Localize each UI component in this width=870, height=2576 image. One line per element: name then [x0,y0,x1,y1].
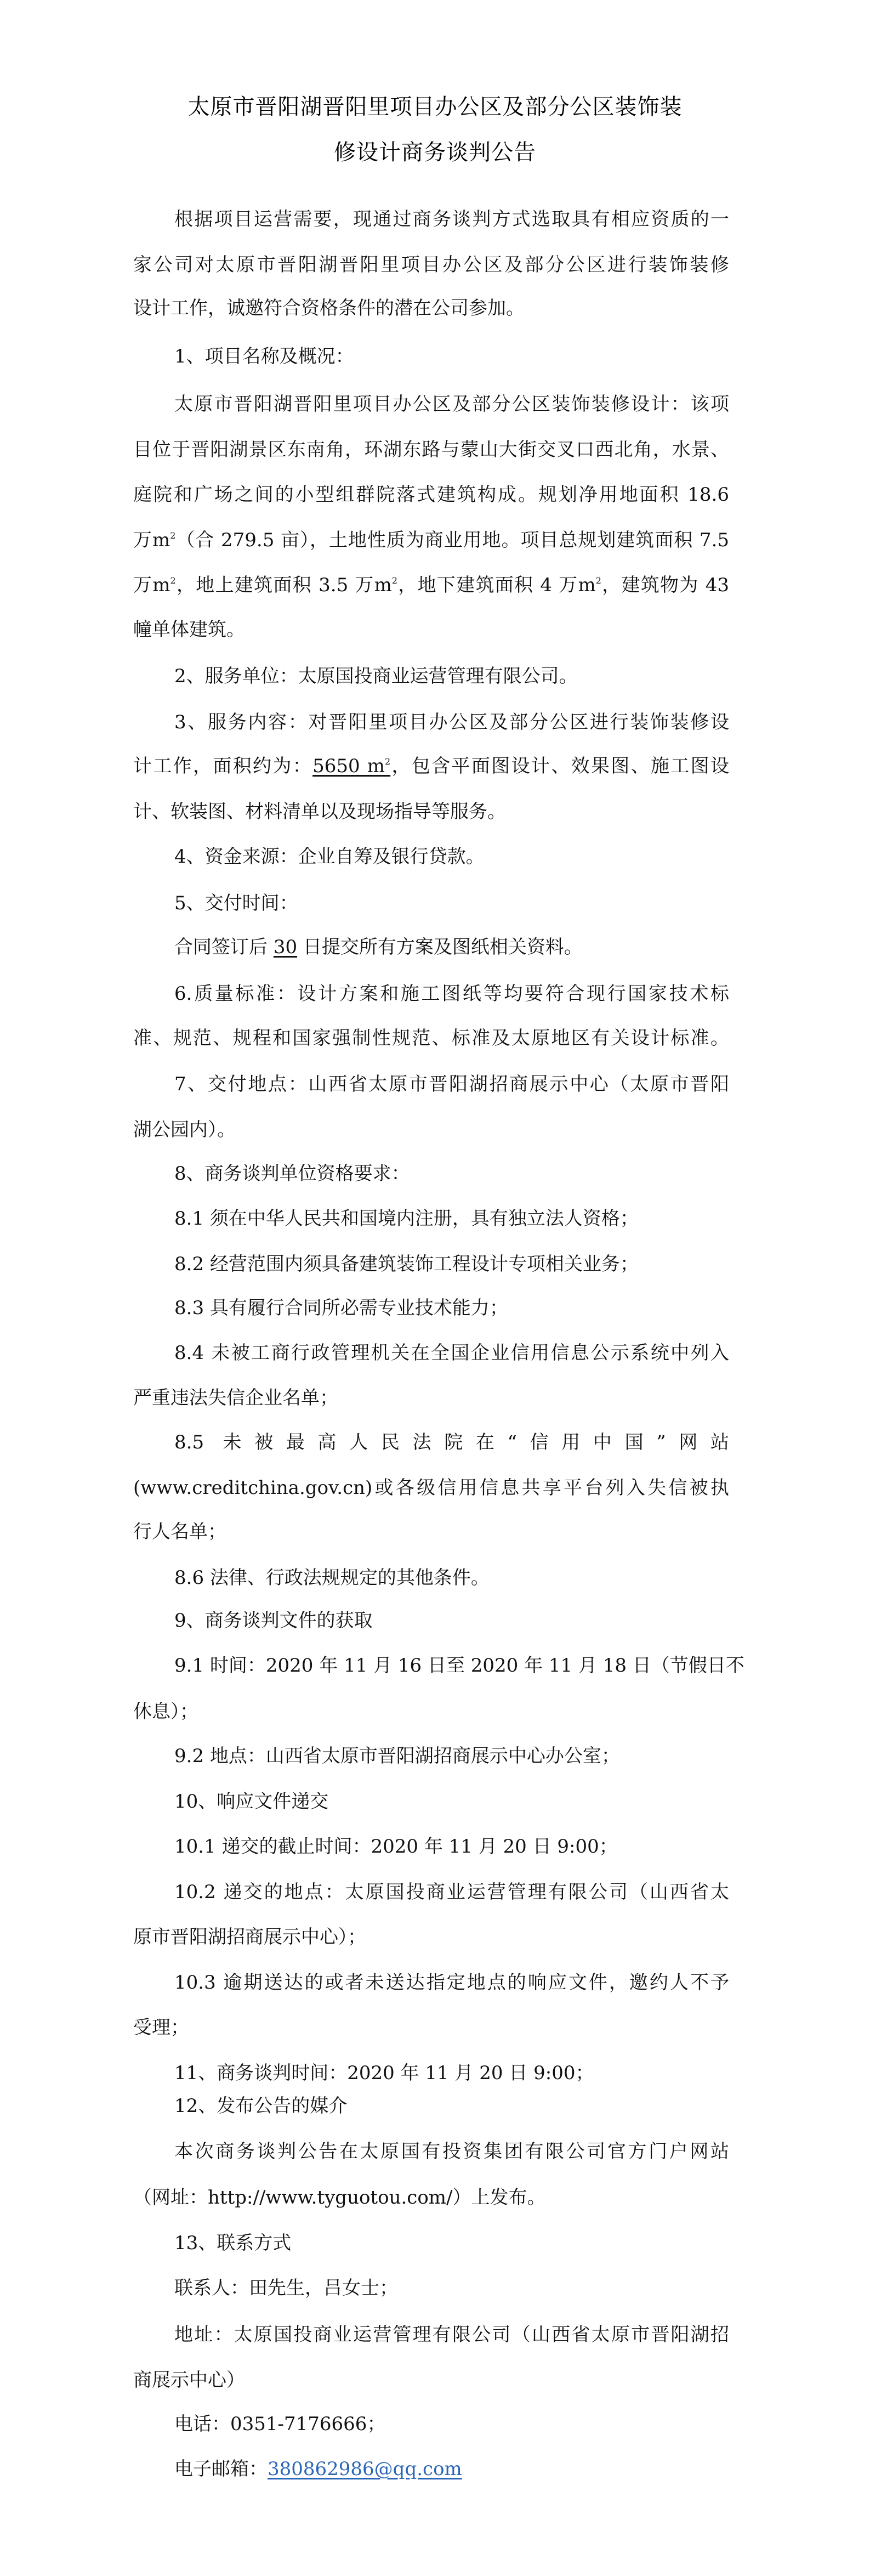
text-segment: 10.1 递交的截止时间：2020 年 11 月 20 日 9:00； [174,1836,618,1858]
text-segment: 12、发布公告的媒介 [174,2095,347,2117]
text-segment: 6.质量标准：设计方案和施工图纸等均要符合现行国家技术标 [174,983,729,1005]
body-line: 10.1 递交的截止时间：2020 年 11 月 20 日 9:00； [174,1835,618,1859]
text-segment: ，包含平面图设计、效果图、施工图设 [390,755,729,777]
text-segment: 1、项目名称及概况： [174,346,354,367]
superscript-two: 2 [596,575,601,586]
text-segment: 太原市晋阳湖晋阳里项目办公区及部分公区装饰装修设计：该项 [174,393,729,415]
body-line: 3、服务内容：对晋阳里项目办公区及部分公区进行装饰装修设 [174,710,729,734]
text-segment: 5、交付时间： [174,892,298,914]
text-segment: 设计工作，诚邀符合资格条件的潜在公司参加。 [133,297,525,319]
body-line: 8.3 具有履行合同所必需专业技术能力； [174,1296,508,1320]
body-line: 11、商务谈判时间：2020 年 11 月 20 日 9:00； [174,2061,594,2085]
text-segment: 8、商务谈判单位资格要求： [174,1163,410,1185]
text-segment: 地址：太原国投商业运营管理有限公司（山西省太原市晋阳湖招 [174,2324,729,2346]
text-segment: 联系人：田先生，吕女士； [174,2277,398,2299]
text-segment: (www.creditchina.gov.cn)或各级信用信息共享平台列入失信被… [133,1477,729,1499]
text-segment: 4、资金来源：企业自筹及银行贷款。 [174,846,485,868]
text-segment: 计、软装图、材料清单以及现场指导等服务。 [133,801,506,823]
body-line: 9.1 时间：2020 年 11 月 16 日至 2020 年 11 月 18 … [174,1654,729,1678]
body-line: 10、响应文件递交 [174,1790,328,1814]
body-line: 9、商务谈判文件的获取 [174,1609,373,1633]
text-segment: 湖公园内）。 [133,1119,236,1141]
body-line: 联系人：田先生，吕女士； [174,2276,398,2300]
body-line: (www.creditchina.gov.cn)或各级信用信息共享平台列入失信被… [133,1476,729,1500]
body-line: 10.2 递交的地点：太原国投商业运营管理有限公司（山西省太 [174,1880,729,1904]
email-link[interactable]: 380862986@qq.com [268,2458,462,2480]
text-segment: 本次商务谈判公告在太原国有投资集团有限公司官方门户网站 [174,2141,729,2162]
text-segment: 10.2 递交的地点：太原国投商业运营管理有限公司（山西省太 [174,1881,729,1903]
body-line: 13、联系方式 [174,2231,291,2255]
text-segment: 10.3 逾期送达的或者未送达指定地点的响应文件，邀约人不予 [174,1972,729,1994]
body-line: 商展示中心） [133,2368,245,2392]
text-segment: 9、商务谈判文件的获取 [174,1610,373,1632]
body-line: 本次商务谈判公告在太原国有投资集团有限公司官方门户网站 [174,2139,729,2164]
text-segment: 电话：0351-7176666； [174,2413,385,2435]
body-line: 10.3 逾期送达的或者未送达指定地点的响应文件，邀约人不予 [174,1971,729,1995]
body-line: 4、资金来源：企业自筹及银行贷款。 [174,845,485,869]
body-line: 家公司对太原市晋阳湖晋阳里项目办公区及部分公区进行装饰装修 [133,253,729,277]
text-segment: 13、联系方式 [174,2232,291,2254]
text-segment: 家公司对太原市晋阳湖晋阳里项目办公区及部分公区进行装饰装修 [133,254,729,276]
body-line: （网址：http://www.tyguotou.com/）上发布。 [133,2186,545,2210]
document-title-line-1: 太原市晋阳湖晋阳里项目办公区及部分公区装饰装 [0,93,870,121]
text-segment: 8.5 未被最高人民法院在“信用中国”网站 [174,1431,729,1453]
text-segment: 严重违法失信企业名单； [133,1387,338,1409]
document-page: 太原市晋阳湖晋阳里项目办公区及部分公区装饰装 修设计商务谈判公告 根据项目运营需… [0,0,870,2576]
body-line: 7、交付地点：山西省太原市晋阳湖招商展示中心（太原市晋阳 [174,1072,729,1096]
superscript-two: 2 [385,756,390,767]
text-segment: 2、服务单位：太原国投商业运营管理有限公司。 [174,665,578,687]
body-line: 严重违法失信企业名单； [133,1386,338,1410]
body-line: 8.2 经营范围内须具备建筑装饰工程设计专项相关业务； [174,1252,639,1276]
text-segment: 商展示中心） [133,2369,245,2391]
body-line: 万m2，地上建筑面积 3.5 万m2，地下建筑面积 4 万m2，建筑物为 43 [133,573,729,597]
body-line: 休息）； [133,1700,198,1724]
body-line: 8.4 未被工商行政管理机关在全国企业信用信息公示系统中列入 [174,1341,729,1365]
text-segment: （网址：http://www.tyguotou.com/）上发布。 [133,2187,545,2209]
body-line: 12、发布公告的媒介 [174,2094,347,2118]
text-segment: 行人名单； [133,1521,226,1543]
body-line: 合同签订后 30 日提交所有方案及图纸相关资料。 [174,935,583,959]
body-line: 万m2（合 279.5 亩），土地性质为商业用地。项目总规划建筑面积 7.5 [133,528,729,552]
body-line: 受理； [133,2015,189,2040]
body-line: 8.5 未被最高人民法院在“信用中国”网站 [174,1430,729,1454]
text-segment: 休息）； [133,1701,198,1723]
text-segment: 9.2 地点：山西省太原市晋阳湖招商展示中心办公室； [174,1745,620,1767]
body-line: 1、项目名称及概况： [174,344,354,369]
body-line: 湖公园内）。 [133,1118,236,1142]
text-segment: 8.2 经营范围内须具备建筑装饰工程设计专项相关业务； [174,1253,639,1275]
body-line: 目位于晋阳湖景区东南角，环湖东路与蒙山大街交叉口西北角，水景、 [133,438,729,462]
document-title-line-2: 修设计商务谈判公告 [0,139,870,166]
body-line: 电话：0351-7176666； [174,2412,385,2436]
underlined-value: 5650 m2 [312,755,390,777]
text-segment: 10、响应文件递交 [174,1791,328,1813]
text-segment: 11、商务谈判时间：2020 年 11 月 20 日 9:00； [174,2062,594,2084]
text-segment: 受理； [133,2017,189,2039]
text-segment: 8.6 法律、行政法规规定的其他条件。 [174,1567,490,1589]
body-line: 原市晋阳湖招商展示中心）； [133,1925,366,1949]
body-line: 5、交付时间： [174,891,298,915]
text-segment: 根据项目运营需要，现通过商务谈判方式选取具有相应资质的一 [174,208,729,230]
text-segment: 8.3 具有履行合同所必需专业技术能力； [174,1297,508,1319]
text-segment: 8.4 未被工商行政管理机关在全国企业信用信息公示系统中列入 [174,1342,729,1364]
body-line: 太原市晋阳湖晋阳里项目办公区及部分公区装饰装修设计：该项 [174,392,729,416]
body-line: 计、软装图、材料清单以及现场指导等服务。 [133,800,506,824]
body-line: 8、商务谈判单位资格要求： [174,1162,410,1186]
body-line: 计工作，面积约为：5650 m2，包含平面图设计、效果图、施工图设 [133,754,729,778]
text-segment: 电子邮箱： [174,2458,268,2480]
body-line: 9.2 地点：山西省太原市晋阳湖招商展示中心办公室； [174,1744,620,1768]
body-line: 6.质量标准：设计方案和施工图纸等均要符合现行国家技术标 [174,982,729,1006]
text-segment: 合同签订后 [174,936,274,958]
text-segment: 目位于晋阳湖景区东南角，环湖东路与蒙山大街交叉口西北角，水景、 [133,439,729,461]
text-segment: 准、规范、规程和国家强制性规范、标准及太原地区有关设计标准。 [133,1027,729,1049]
body-line: 准、规范、规程和国家强制性规范、标准及太原地区有关设计标准。 [133,1026,729,1050]
text-segment: 计工作，面积约为： [133,755,312,777]
superscript-two: 2 [392,575,397,586]
superscript-two: 2 [170,530,175,541]
body-line: 行人名单； [133,1520,226,1544]
text-segment: 9.1 时间：2020 年 11 月 16 日至 2020 年 11 月 18 … [174,1655,744,1677]
body-line: 8.1 须在中华人民共和国境内注册，具有独立法人资格； [174,1207,639,1231]
text-segment: 庭院和广场之间的小型组群院落式建筑构成。规划净用地面积 18.6 [133,484,729,506]
text-segment: 8.1 须在中华人民共和国境内注册，具有独立法人资格； [174,1208,639,1230]
text-segment: 日提交所有方案及图纸相关资料。 [297,936,583,958]
body-line: 2、服务单位：太原国投商业运营管理有限公司。 [174,664,578,688]
text-segment: 7、交付地点：山西省太原市晋阳湖招商展示中心（太原市晋阳 [174,1073,729,1095]
underlined-value: 30 [274,936,297,958]
text-segment: 幢单体建筑。 [133,619,245,641]
body-line: 庭院和广场之间的小型组群院落式建筑构成。规划净用地面积 18.6 [133,483,729,507]
body-line: 设计工作，诚邀符合资格条件的潜在公司参加。 [133,296,525,320]
superscript-two: 2 [170,575,176,586]
text-segment: 万m2（合 279.5 亩），土地性质为商业用地。项目总规划建筑面积 7.5 [133,529,729,551]
body-line: 幢单体建筑。 [133,618,245,642]
body-line: 电子邮箱：380862986@qq.com [174,2457,462,2481]
body-line: 地址：太原国投商业运营管理有限公司（山西省太原市晋阳湖招 [174,2323,729,2347]
body-line: 8.6 法律、行政法规规定的其他条件。 [174,1566,490,1590]
body-line: 根据项目运营需要，现通过商务谈判方式选取具有相应资质的一 [174,207,729,231]
text-segment: 原市晋阳湖招商展示中心）； [133,1926,366,1948]
text-segment: 万m2，地上建筑面积 3.5 万m2，地下建筑面积 4 万m2，建筑物为 43 [133,574,729,596]
text-segment: 3、服务内容：对晋阳里项目办公区及部分公区进行装饰装修设 [174,711,729,733]
